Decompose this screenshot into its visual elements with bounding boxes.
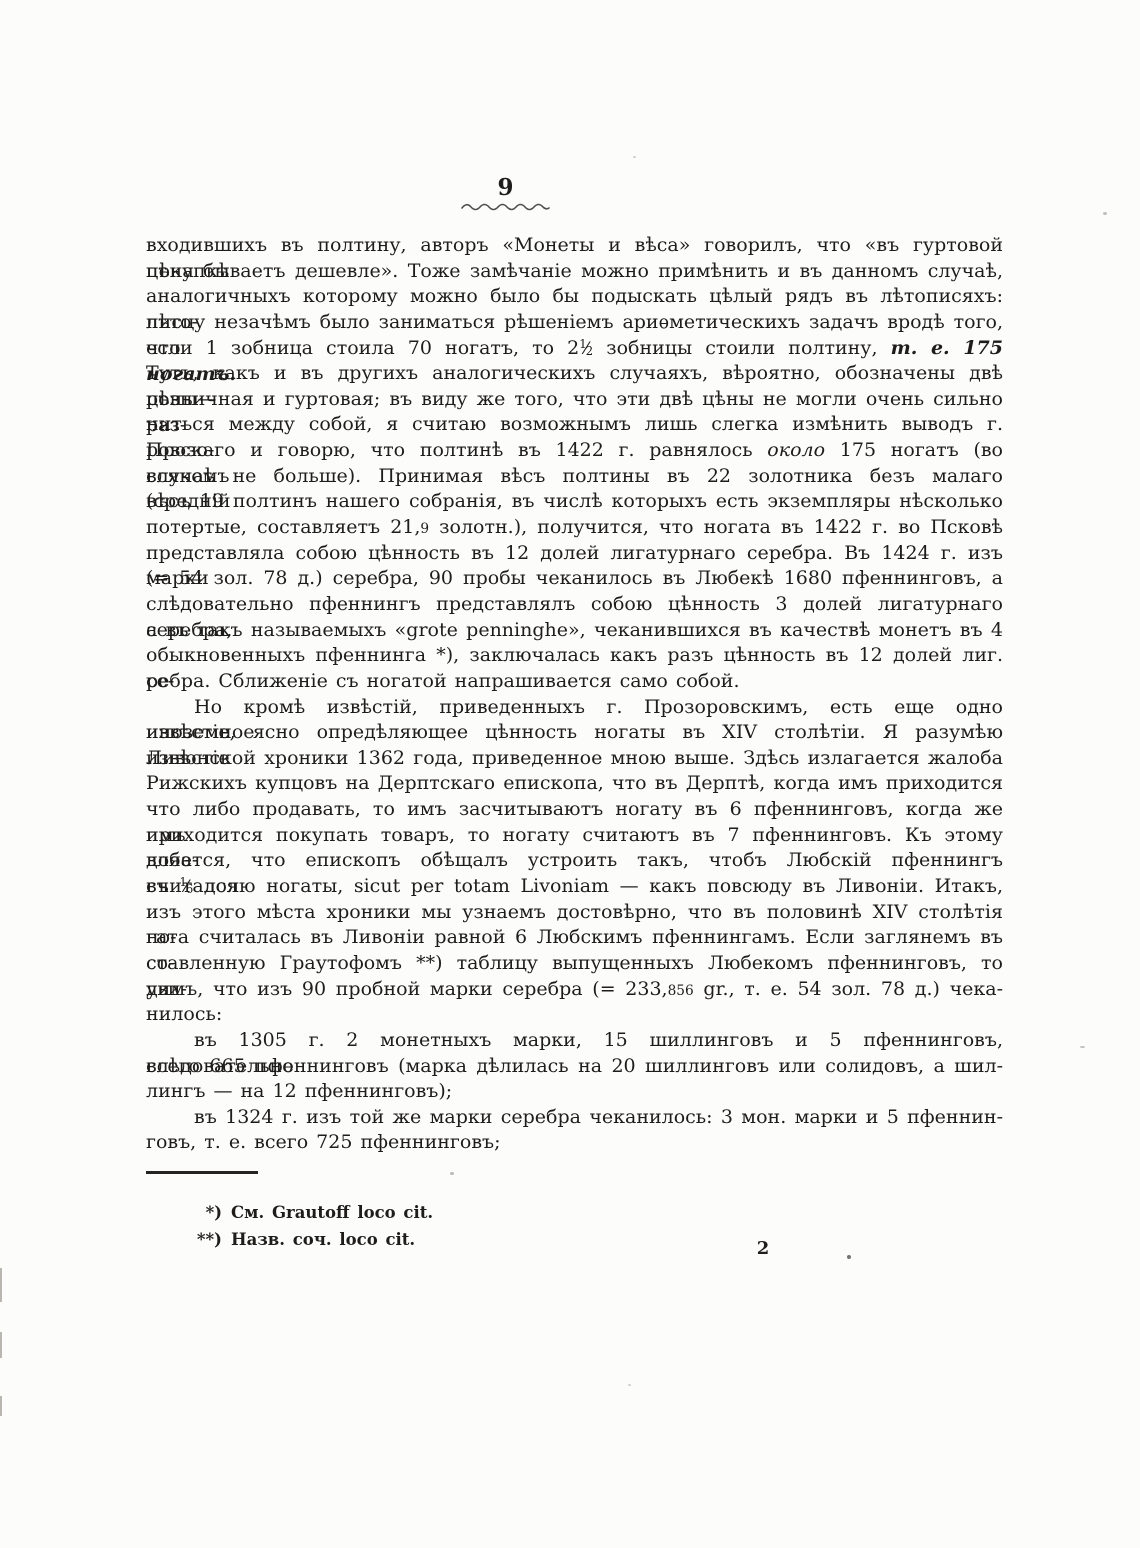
page-header: 9 — [446, 176, 566, 211]
text-line: въ 1305 г. 2 монетныхъ марки, 15 шиллинг… — [146, 1028, 1003, 1054]
scanned-book-page: 9 входившихъ въ полтину, авторъ «Монеты … — [0, 0, 1140, 1548]
text-line: аналогичныхъ которому можно было бы поды… — [146, 284, 1003, 310]
footnote-divider — [146, 1171, 258, 1174]
text-line: приходится покупать товаръ, то ногату сч… — [146, 823, 1003, 849]
text-line: гата считалась въ Ливоніи равной 6 Любск… — [146, 925, 1003, 951]
text-line: ровскаго и говорю, что полтинѣ въ 1422 г… — [146, 438, 1003, 464]
text-line: лингъ — на 12 пфеннинговъ); — [146, 1079, 1003, 1105]
body-text: входившихъ въ полтину, авторъ «Монеты и … — [146, 233, 1003, 1156]
text-line: Тутъ, какъ и въ другихъ аналогическихъ с… — [146, 361, 1003, 387]
text-line: изъ этого мѣста хроники мы узнаемъ досто… — [146, 900, 1003, 926]
footnote-text: См. Grautoff loco cit. — [231, 1199, 433, 1226]
text-line: розничная и гуртовая; въ виду же того, ч… — [146, 387, 1003, 413]
footnote-text: Назв. соч. loco cit. — [231, 1226, 415, 1253]
scan-artifact — [0, 1396, 2, 1416]
text-line: цѣна бываетъ дешевле». Тоже замѣчаніе мо… — [146, 259, 1003, 285]
scan-artifact — [0, 1332, 2, 1358]
text-line: а въ такъ называемыхъ «grote penninghe»,… — [146, 618, 1003, 644]
footnote-marker: **) — [188, 1226, 222, 1253]
text-line: говъ, т. е. всего 725 пфеннинговъ; — [146, 1130, 1003, 1156]
paragraph: въ 1324 г. изъ той же марки серебра чека… — [146, 1105, 1003, 1156]
text-line: ставленную Граутофомъ **) таблицу выпуще… — [146, 951, 1003, 977]
text-line: Но кромѣ извѣстій, приведенныхъ г. Прозо… — [146, 695, 1003, 721]
stacked-fraction: 1⁄6 — [179, 875, 193, 897]
scan-artifact — [633, 156, 636, 158]
text-line: нилось: — [146, 1002, 1003, 1028]
scan-artifact — [1080, 1046, 1085, 1048]
text-line: (= 54 зол. 78 д.) серебра, 90 пробы чека… — [146, 566, 1003, 592]
text-line: что либо продавать, то имъ засчитываютъ … — [146, 797, 1003, 823]
paragraph: въ 1305 г. 2 монетныхъ марки, 15 шиллинг… — [146, 1028, 1003, 1105]
text-line: потертые, составляетъ 21,9 золотн.), пол… — [146, 515, 1003, 541]
text-line: извѣстіе, ясно опредѣляющее цѣнность ног… — [146, 720, 1003, 746]
scan-artifact — [450, 1172, 454, 1175]
page-number: 9 — [446, 176, 566, 200]
text-line: случаѣ не больше). Принимая вѣсъ полтины… — [146, 464, 1003, 490]
footnote: **)Назв. соч. loco cit. — [188, 1226, 433, 1253]
squiggle-rule-ornament — [461, 201, 551, 211]
signature-mark: 2 — [748, 1238, 778, 1259]
text-line: всего 665 пфеннинговъ (марка дѣлилась на… — [146, 1054, 1003, 1080]
scan-artifact — [847, 1255, 851, 1259]
text-line: въ 1324 г. изъ той же марки серебра чека… — [146, 1105, 1003, 1131]
stacked-fraction: 1⁄2 — [579, 337, 593, 359]
text-line: димъ, что изъ 90 пробной марки серебра (… — [146, 977, 1003, 1003]
text-line: писцу незачѣмъ было заниматься рѣшеніемъ… — [146, 310, 1003, 336]
footnotes: *)См. Grautoff loco cit.**)Назв. соч. lo… — [188, 1199, 433, 1253]
text-line: Рижскихъ купцовъ на Дерптскаго епископа,… — [146, 771, 1003, 797]
paragraph: Но кромѣ извѣстій, приведенныхъ г. Прозо… — [146, 695, 1003, 1028]
text-line: обыкновенныхъ пфеннинга *), заключалась … — [146, 643, 1003, 669]
scan-artifact — [0, 1268, 2, 1302]
text-line: Ливонской хроники 1362 года, приведенное… — [146, 746, 1003, 772]
text-line: вляется, что епископъ обѣщалъ устроить т… — [146, 848, 1003, 874]
scan-artifact — [628, 1384, 631, 1386]
text-line: если 1 зобница стоила 70 ногатъ, то 21⁄2… — [146, 336, 1003, 362]
text-line: входившихъ въ полтину, авторъ «Монеты и … — [146, 233, 1003, 259]
text-line: слѣдовательно пфеннингъ представлялъ соб… — [146, 592, 1003, 618]
scan-artifact — [1103, 212, 1107, 215]
footnote: *)См. Grautoff loco cit. — [188, 1199, 433, 1226]
footnote-marker: *) — [188, 1199, 222, 1226]
text-line: представляла собою цѣнность въ 12 долей … — [146, 541, 1003, 567]
text-line: ниться между собой, я считаю возможнымъ … — [146, 412, 1003, 438]
text-line: въ 1⁄6 долю ногаты, sicut per totam Livo… — [146, 874, 1003, 900]
text-line: вѣсъ 19 полтинъ нашего собранія, въ числ… — [146, 489, 1003, 515]
text-line: ребра. Сближеніе съ ногатой напрашиваетс… — [146, 669, 1003, 695]
paragraph: входившихъ въ полтину, авторъ «Монеты и … — [146, 233, 1003, 695]
